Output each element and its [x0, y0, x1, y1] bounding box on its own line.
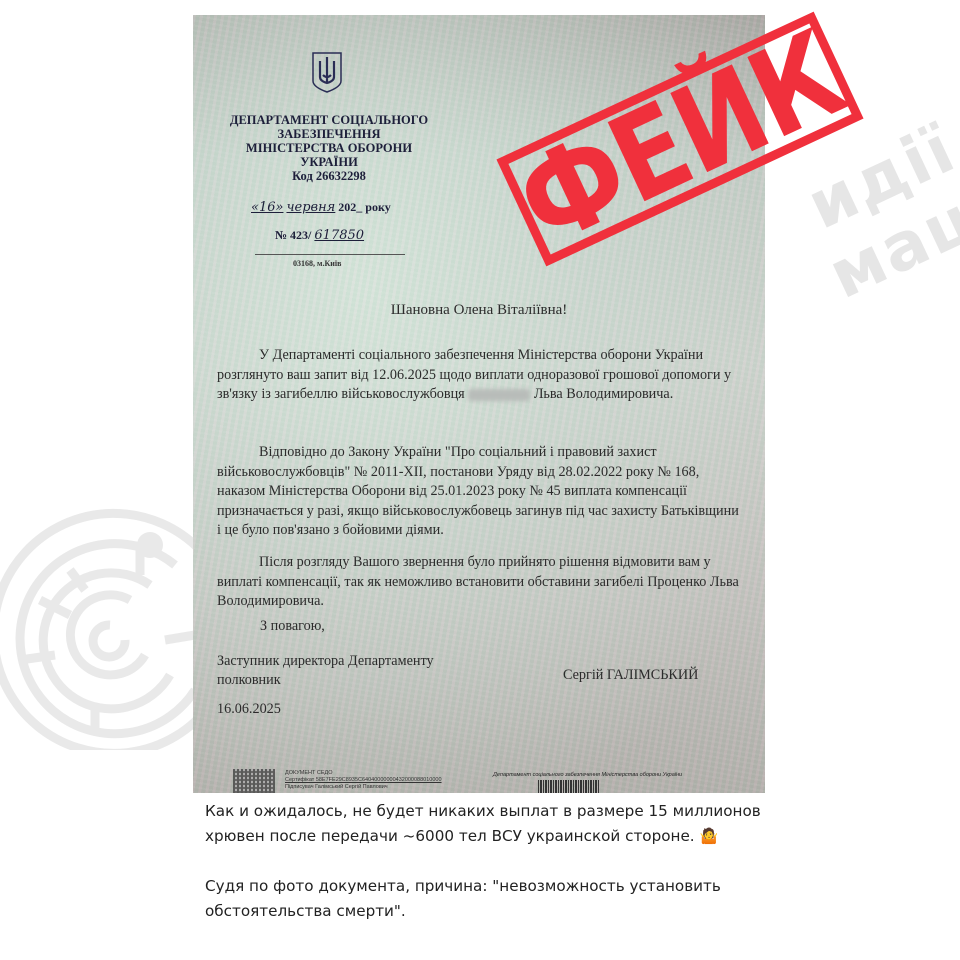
trident-emblem-icon: [311, 51, 343, 93]
letter-date-line: «16» червня 202_ року: [251, 200, 391, 215]
signer-name: Сергій ГАЛІМСЬКИЙ: [563, 667, 698, 684]
paragraph-decision: Після розгляду Вашого звернення було при…: [217, 553, 739, 612]
header-line-1: ДЕПАРТАМЕНТ СОЦІАЛЬНОГО: [219, 113, 439, 127]
footer-certificate: Сертифікат 58E7FE29C8935C640400000004320…: [285, 777, 442, 784]
post-caption: Как и ожидалось, не будет никаких выплат…: [205, 799, 765, 924]
caption-paragraph-1: Как и ожидалось, не будет никаких выплат…: [205, 799, 765, 849]
date-day: «16»: [251, 200, 283, 215]
caption-paragraph-2: Судя по фото документа, причина: "невозм…: [205, 874, 765, 924]
signer-role: Заступник директора Департаменту полковн…: [217, 652, 434, 690]
header-line-2: ЗАБЕЗПЕЧЕННЯ: [219, 127, 439, 141]
separator-line: [255, 254, 405, 255]
letter-number: № 423/ 617850: [275, 228, 364, 243]
header-line-3: МІНІСТЕРСТВА ОБОРОНИ: [219, 141, 439, 155]
department-code: Код 26632298: [219, 169, 439, 183]
caption-paragraph-1-text: Как и ожидалось, не будет никаких выплат…: [205, 802, 761, 845]
qr-code-icon: [233, 769, 275, 793]
date-month: червня: [286, 200, 335, 215]
footer-meta: ДОКУМЕНТ СЕДО Сертифікат 58E7FE29C8935C6…: [285, 770, 442, 791]
footer-department: Департамент соціального забезпечення Мін…: [493, 772, 682, 778]
date-year: 202_: [338, 200, 362, 214]
date-suffix: року: [365, 200, 390, 214]
signer-role-line-2: полковник: [217, 671, 434, 690]
barcode-icon: [538, 780, 600, 793]
header-line-4: УКРАЇНИ: [219, 155, 439, 169]
salutation: Шановна Олена Віталіївна!: [193, 302, 765, 319]
number-handwritten: 617850: [314, 228, 364, 243]
paragraph-law: Відповідно до Закону України "Про соціал…: [217, 443, 739, 541]
document-footer: ДОКУМЕНТ СЕДО Сертифікат 58E7FE29C8935C6…: [193, 767, 765, 793]
regards: З повагою,: [260, 618, 325, 635]
footer-doc-label: ДОКУМЕНТ СЕДО: [285, 770, 442, 777]
city-address: 03168, м.Київ: [293, 259, 341, 268]
redacted-surname: [468, 389, 530, 401]
paragraph-request: У Департаменті соціального забезпечення …: [217, 346, 739, 405]
signer-role-line-1: Заступник директора Департаменту: [217, 652, 434, 671]
department-header: ДЕПАРТАМЕНТ СОЦІАЛЬНОГО ЗАБЕЗПЕЧЕННЯ МІН…: [219, 113, 439, 183]
number-prefix: № 423/: [275, 228, 311, 242]
paragraph-request-text-end: Льва Володимировича.: [530, 386, 673, 402]
signature-date: 16.06.2025: [217, 701, 281, 718]
footer-signer: Підписувач Галімський Сергій Павлович: [285, 784, 442, 791]
shrug-emoji-icon: 🤷: [699, 827, 718, 845]
